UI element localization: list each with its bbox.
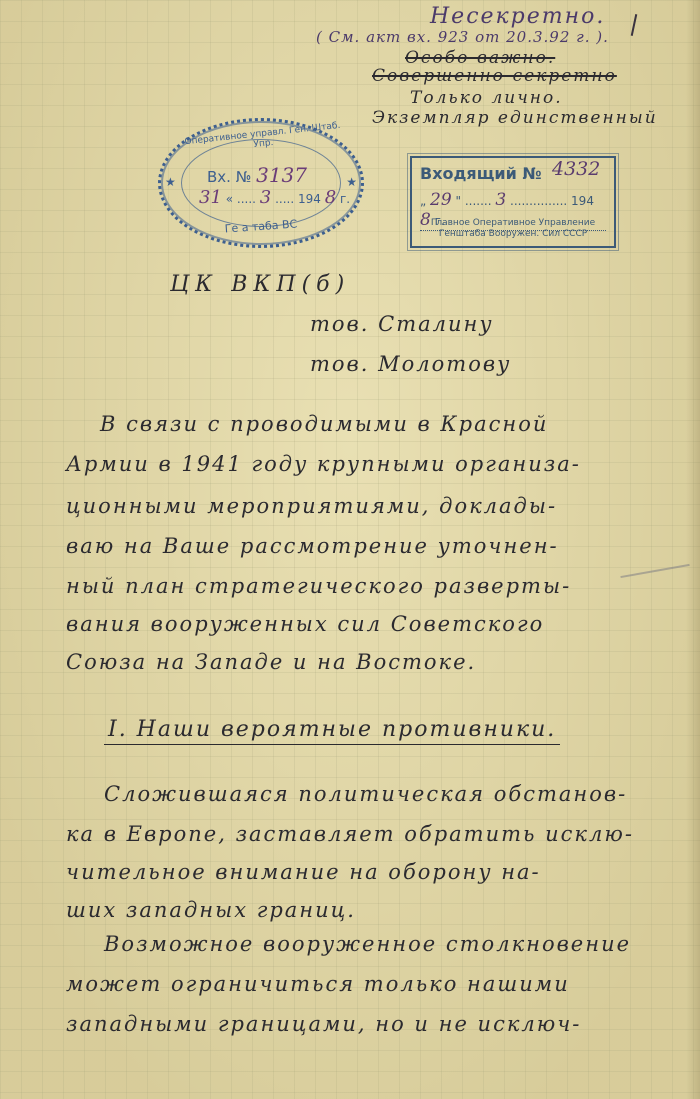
incoming-day: 29 xyxy=(430,190,452,210)
paper-crease xyxy=(620,564,689,578)
intro-line-3: ционными мероприятиями, доклады- xyxy=(66,494,557,518)
stamp-number-line: Вх. № 3137 xyxy=(207,163,307,187)
intro-line-7: Союза на Западе и на Востоке. xyxy=(66,650,476,674)
personal-only-mark: Только лично. xyxy=(410,88,563,108)
stamp-year-unit: г. xyxy=(340,192,350,206)
incoming-stamp-title: Входящий № xyxy=(420,164,542,183)
incoming-org-line-1: Главное Оперативное Управление xyxy=(420,218,606,229)
addressee-stalin: тов. Сталину xyxy=(310,312,494,336)
stamp-date-line: 31 « ..... 3 ..... 194 8 г. xyxy=(199,187,350,208)
paragraph-3-line-1: Возможное вооруженное столкновение xyxy=(104,932,631,956)
addressee-committee: ЦК ВКП(б) xyxy=(170,272,350,297)
stamp-number-label: Вх. № xyxy=(207,168,251,186)
top-secret-mark: Совершенно-секретно xyxy=(372,66,617,86)
single-copy-mark: Экземпляр единственный xyxy=(372,108,658,128)
special-importance-mark: Особо-важно. xyxy=(405,48,555,68)
oval-registry-stamp: Оперативное управл. Ген. Штаб. Упр. ★ ★ … xyxy=(158,118,364,248)
document-page: Несекретно. ( См. акт вх. 923 от 20.3.92… xyxy=(0,0,700,1099)
declassification-reference: ( См. акт вх. 923 от 20.3.92 г. ). xyxy=(316,28,609,46)
paragraph-2-line-1: Сложившаяся политическая обстанов- xyxy=(104,782,627,806)
section-heading: I. Наши вероятные противники. xyxy=(104,717,560,745)
stamp-day: 31 xyxy=(199,187,222,208)
stamp-number-value: 3137 xyxy=(256,163,307,187)
paragraph-2-line-2: ка в Европе, заставляет обратить исклю- xyxy=(66,822,634,846)
intro-line-5: ный план стратегического разверты- xyxy=(66,574,571,598)
page-number-mark xyxy=(631,14,638,36)
paragraph-2-line-4: ших западных границ. xyxy=(66,898,356,922)
stamp-month: 3 xyxy=(260,187,271,208)
intro-line-1: В связи с проводимыми в Красной xyxy=(100,412,548,436)
rect-incoming-stamp: Входящий № 4332 „ 29 " ....... 3 .......… xyxy=(410,156,616,248)
intro-line-4: ваю на Ваше рассмотрение уточнен- xyxy=(66,534,559,558)
incoming-org-line-2: Генштаба Вооружен. Сил СССР xyxy=(420,229,606,240)
incoming-month: 3 xyxy=(495,190,506,210)
incoming-year-prefix: 194 xyxy=(571,194,594,208)
stamp-year-prefix: 194 xyxy=(298,192,321,206)
incoming-stamp-org: Главное Оперативное Управление Генштаба … xyxy=(420,218,606,240)
incoming-number-value: 4332 xyxy=(552,158,600,180)
star-icon: ★ xyxy=(165,175,176,189)
stamp-year-suffix: 8 xyxy=(325,187,336,208)
addressee-molotov: тов. Молотову xyxy=(310,352,511,376)
classification-mark: Несекретно. xyxy=(430,4,605,29)
intro-line-6: вания вооруженных сил Советского xyxy=(66,612,544,636)
paragraph-3-line-3: западными границами, но и не исключ- xyxy=(66,1012,581,1036)
paragraph-3-line-2: может ограничиться только нашими xyxy=(66,972,570,996)
paragraph-2-line-3: чительное внимание на оборону на- xyxy=(66,860,541,884)
intro-line-2: Армии в 1941 году крупными организа- xyxy=(66,452,581,476)
